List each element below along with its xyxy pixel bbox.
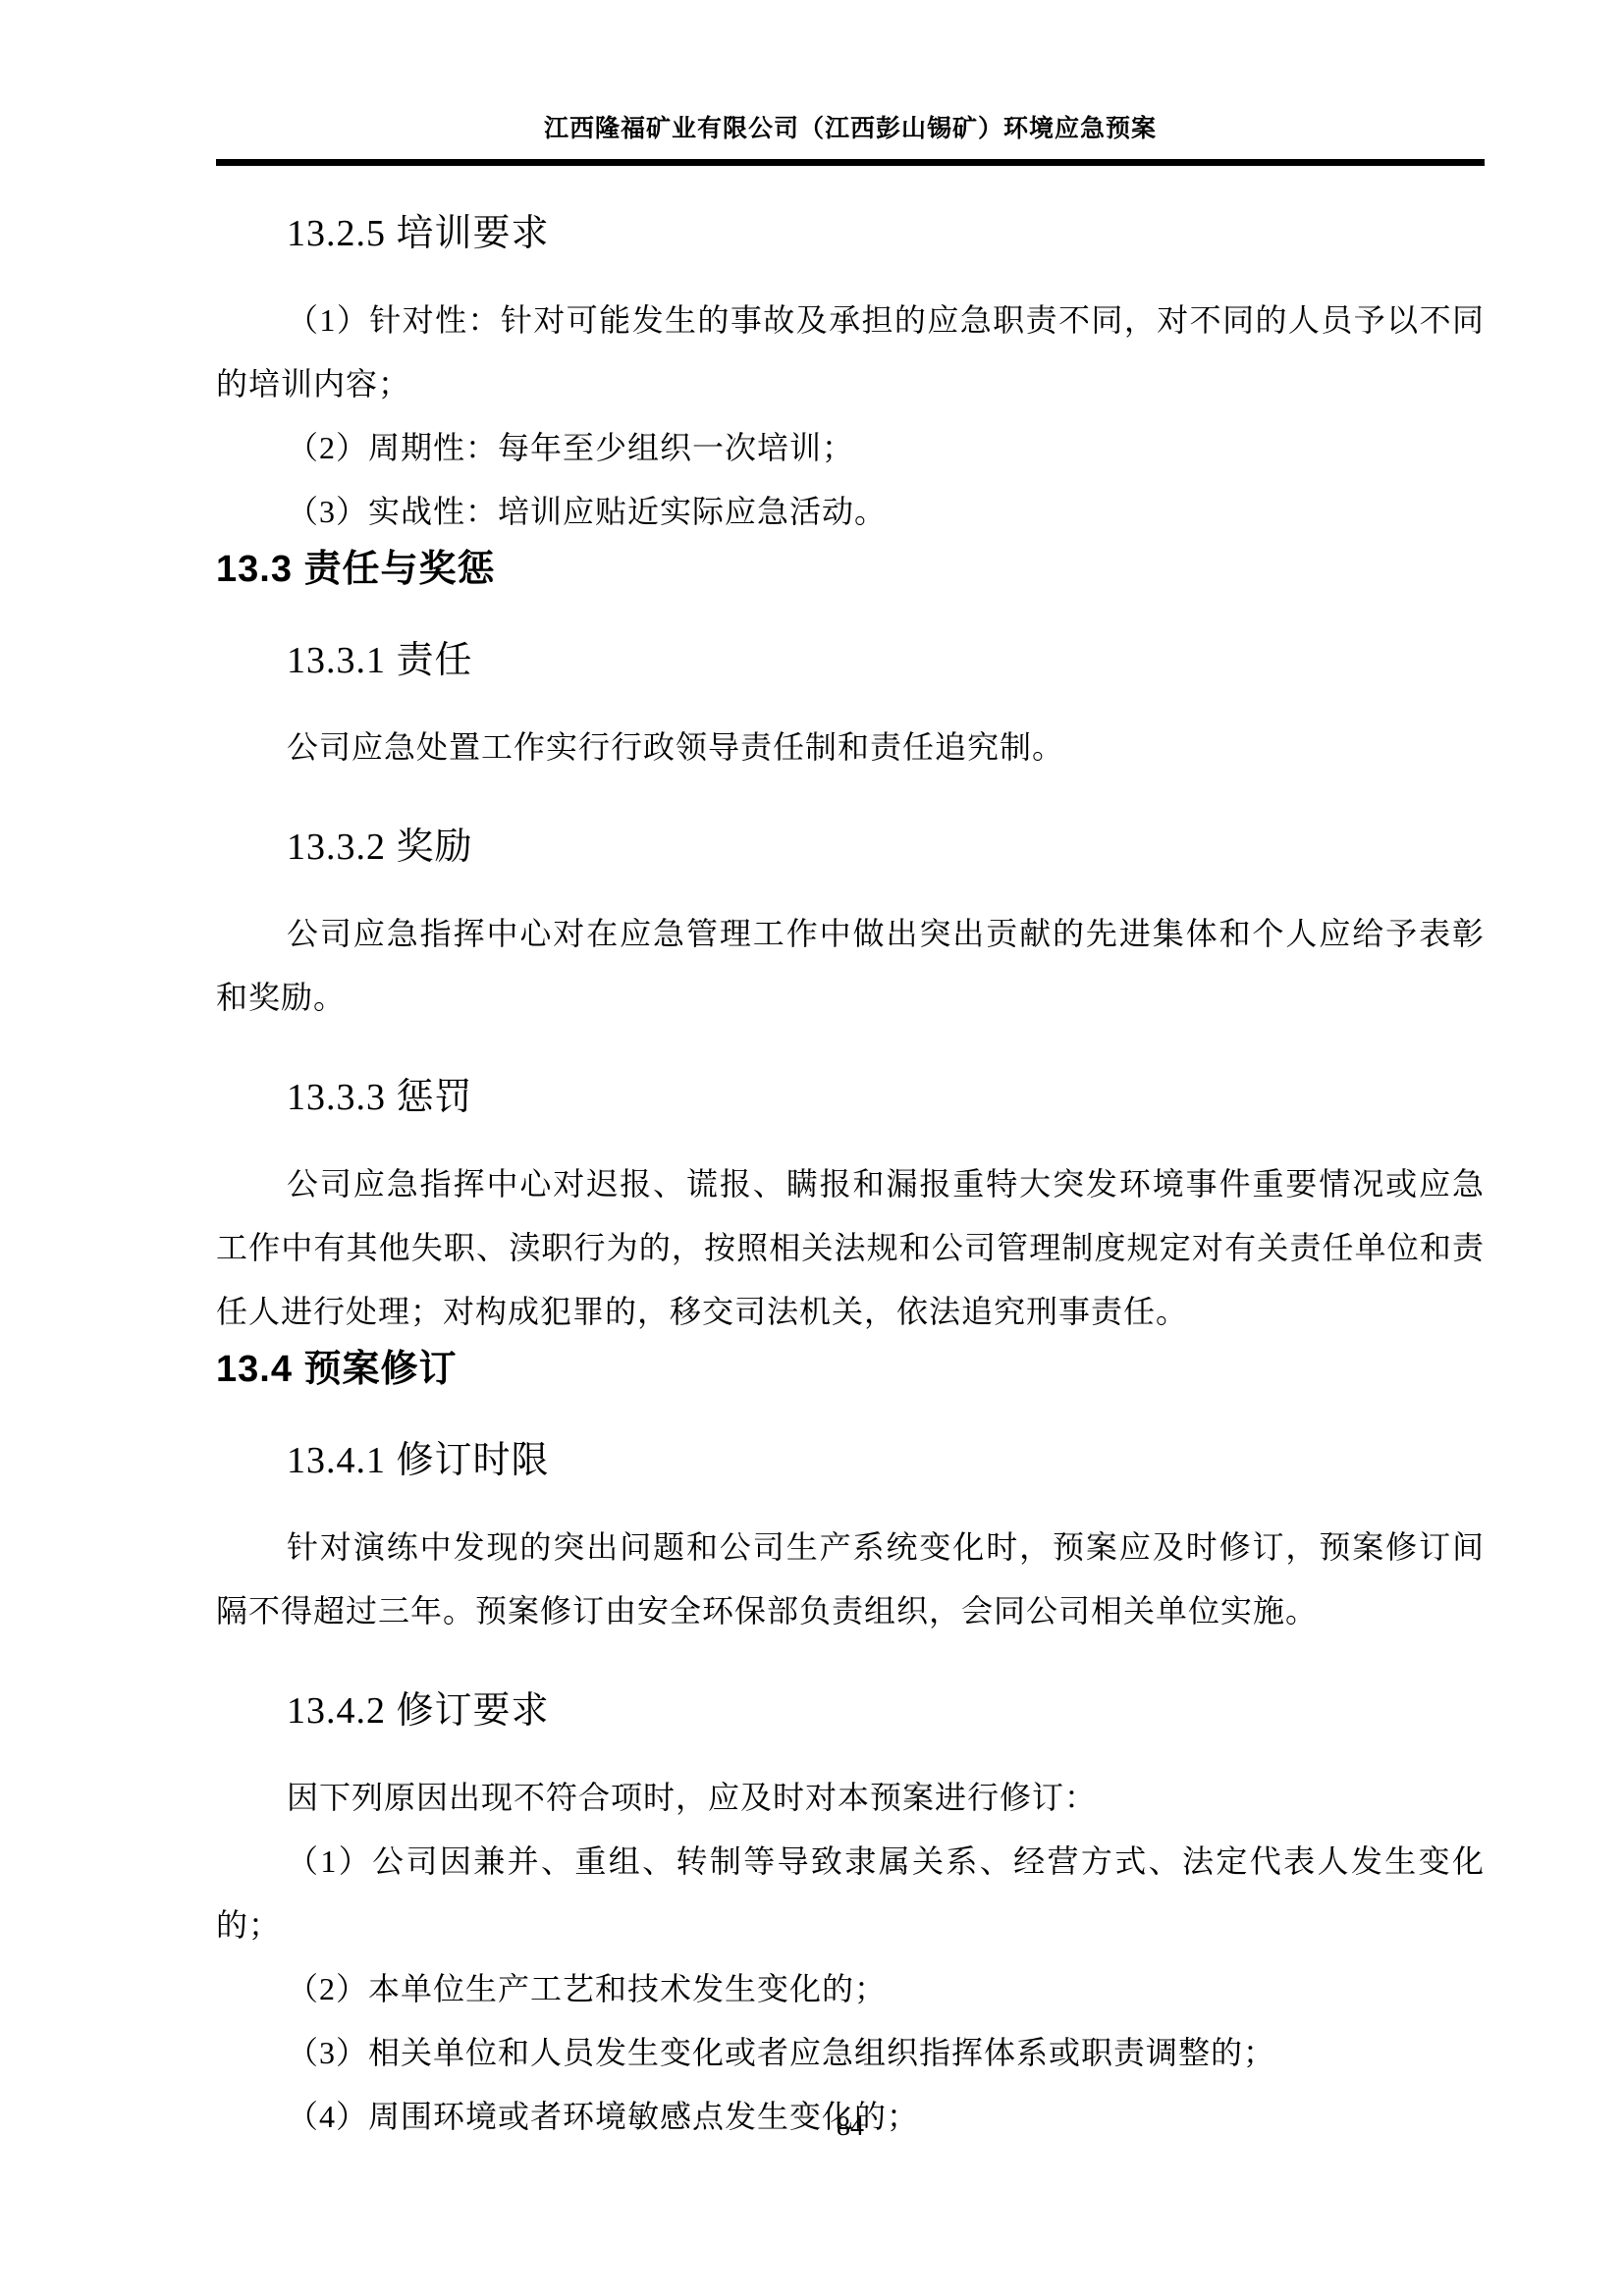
heading-13-4-1: 13.4.1 修订时限	[216, 1437, 1485, 1484]
document-page: 江西隆福矿业有限公司（江西彭山锡矿）环境应急预案 13.2.5 培训要求 （1）…	[0, 0, 1624, 2296]
paragraph-responsibility: 公司应急处置工作实行行政领导责任制和责任追究制。	[216, 716, 1485, 779]
paragraph-revision-item-1: （1）公司因兼并、重组、转制等导致隶属关系、经营方式、法定代表人发生变化的；	[216, 1830, 1485, 1957]
heading-13-4: 13.4 预案修订	[216, 1346, 1485, 1393]
paragraph-training-1: （1）针对性：针对可能发生的事故及承担的应急职责不同，对不同的人员予以不同的培训…	[216, 289, 1485, 416]
heading-13-3-3: 13.3.3 惩罚	[216, 1074, 1485, 1121]
heading-13-2-5: 13.2.5 培训要求	[216, 210, 1485, 257]
paragraph-revision-period: 针对演练中发现的突出问题和公司生产系统变化时，预案应及时修订，预案修订间隔不得超…	[216, 1516, 1485, 1643]
heading-13-3-1: 13.3.1 责任	[216, 637, 1485, 684]
paragraph-revision-intro: 因下列原因出现不符合项时，应及时对本预案进行修订：	[216, 1766, 1485, 1830]
heading-13-4-2: 13.4.2 修订要求	[216, 1687, 1485, 1735]
page-header-title: 江西隆福矿业有限公司（江西彭山锡矿）环境应急预案	[216, 110, 1485, 159]
paragraph-training-2: （2）周期性：每年至少组织一次培训；	[216, 416, 1485, 480]
paragraph-revision-item-3: （3）相关单位和人员发生变化或者应急组织指挥体系或职责调整的；	[216, 2021, 1485, 2085]
header-divider	[216, 159, 1485, 166]
heading-13-3-2: 13.3.2 奖励	[216, 824, 1485, 871]
page-number: 84	[216, 2110, 1485, 2144]
paragraph-training-3: （3）实战性：培训应贴近实际应急活动。	[216, 480, 1485, 544]
document-content: 江西隆福矿业有限公司（江西彭山锡矿）环境应急预案 13.2.5 培训要求 （1）…	[216, 110, 1485, 2149]
paragraph-reward: 公司应急指挥中心对在应急管理工作中做出突出贡献的先进集体和个人应给予表彰和奖励。	[216, 902, 1485, 1030]
paragraph-punishment: 公司应急指挥中心对迟报、谎报、瞒报和漏报重特大突发环境事件重要情况或应急工作中有…	[216, 1152, 1485, 1344]
paragraph-revision-item-2: （2）本单位生产工艺和技术发生变化的；	[216, 1957, 1485, 2021]
heading-13-3: 13.3 责任与奖惩	[216, 546, 1485, 593]
